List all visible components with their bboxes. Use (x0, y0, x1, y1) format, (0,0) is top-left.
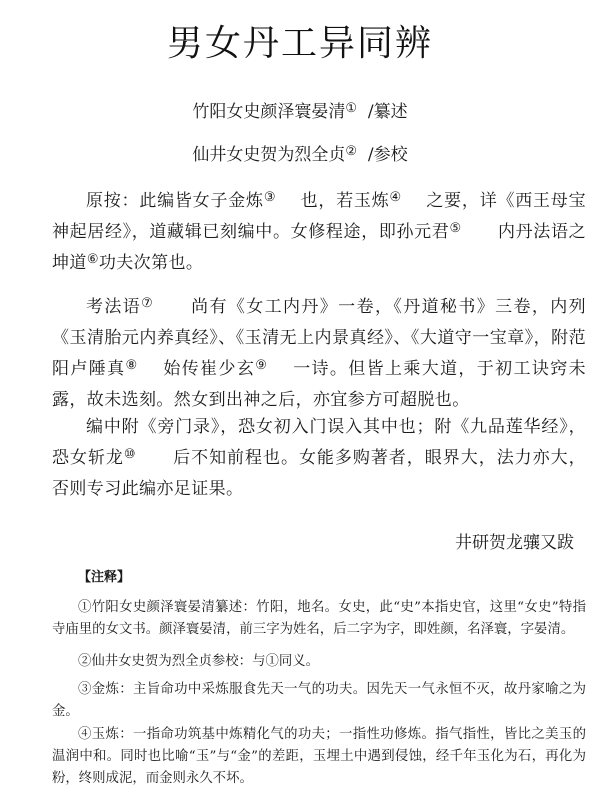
document-page: 男女丹工异同辨 竹阳女史颜泽寰晏清① /纂述 仙井女史贺为烈全贞② /参校 原按… (0, 0, 600, 800)
proofreader-name: 仙井女史贺为烈全贞 (192, 145, 345, 165)
byline-proofreader: 仙井女史贺为烈全贞② /参校 (0, 143, 600, 167)
text-span: 原按：此编皆女子金炼 (86, 191, 264, 211)
proofreader-role: /参校 (368, 145, 408, 165)
note-item: ④玉炼：一指命功筑基中炼精化气的功夫；一指性功修炼。指气指性，皆比之美玉的温润中… (52, 724, 586, 790)
note-item: ②仙井女史贺为烈全贞参校：与①同义。 (52, 651, 586, 673)
footnote-mark[interactable]: ⑨ (255, 358, 268, 373)
footnote-mark[interactable]: ① (345, 101, 357, 116)
footnote-mark[interactable]: ⑥ (87, 252, 99, 267)
paragraph-examination: 考法语⑦尚有《女工内丹》一卷，《丹道秘书》三卷，内列《玉清胎元内养真经》、《玉清… (52, 292, 586, 416)
page-title: 男女丹工异同辨 (0, 20, 600, 68)
footnote-mark[interactable]: ⑦ (141, 296, 154, 311)
note-item: ①竹阳女史颜泽寰晏清纂述：竹阳，地名。女史，此“史”本指史官，这里“女史”特指寺… (52, 597, 586, 641)
signature: 井研贺龙骧又跋 (455, 531, 574, 555)
text-span: 也，若玉炼 (300, 191, 389, 211)
footnote-mark[interactable]: ② (345, 144, 357, 159)
text-span: 考法语 (86, 297, 141, 317)
author-role: /纂述 (368, 102, 408, 122)
text-span: 始传崔少玄 (162, 359, 255, 379)
text-span: 功夫次第也。 (99, 253, 203, 273)
footnote-mark[interactable]: ⑧ (125, 358, 138, 373)
footnote-mark[interactable]: ③ (264, 190, 276, 205)
paragraph-appendix: 编中附《旁门录》，恐女初入门误入其中也；附《九品莲华经》，恐女斩龙⑩后不知前程也… (52, 412, 586, 505)
footnote-mark[interactable]: ⑩ (124, 447, 137, 462)
footnote-mark[interactable]: ④ (390, 190, 402, 205)
note-item: ③金炼：主旨命功中采炼服食先天一气的功夫。因先天一气永恒不灭，故丹家喻之为金。 (52, 679, 586, 723)
footnote-mark[interactable]: ⑤ (449, 221, 461, 236)
author-name: 竹阳女史颜泽寰晏清 (192, 102, 345, 122)
byline-author: 竹阳女史颜泽寰晏清① /纂述 (0, 100, 600, 124)
notes-heading: 【注释】 (78, 568, 130, 588)
paragraph-original-note: 原按：此编皆女子金炼③也，若玉炼④之要，详《西王母宝神起居经》，道藏辑已刻编中。… (52, 186, 586, 279)
